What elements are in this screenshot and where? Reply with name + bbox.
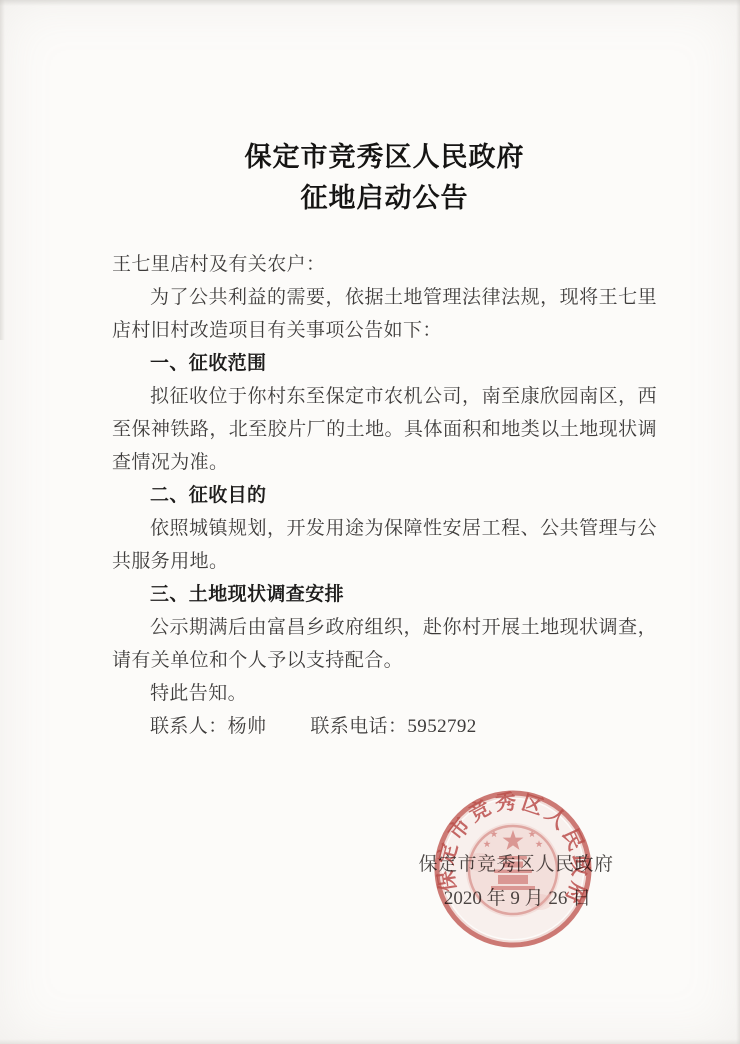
intro-paragraph: 为了公共利益的需要，依据土地管理法律法规，现将王七里店村旧村改造项目有关事项公告…: [112, 281, 657, 347]
section-body-2: 依照城镇规划，开发用途为保障性安居工程、公共管理与公共服务用地。: [112, 512, 657, 578]
page-title: 保定市竞秀区人民政府: [112, 137, 657, 178]
closing-line: 特此告知。: [112, 677, 657, 710]
contact-phone: 联系电话：5952792: [310, 716, 476, 737]
section-heading-1: 一、征收范围: [112, 347, 657, 380]
scan-artifact-bottom: [0, 1039, 740, 1044]
scan-artifact-left: [0, 0, 5, 340]
page-subtitle: 征地启动公告: [112, 178, 657, 219]
document-body: 保定市竞秀区人民政府 征地启动公告 王七里店村及有关农户： 为了公共利益的需要，…: [0, 0, 740, 743]
scan-artifact-right: [736, 0, 740, 1044]
contact-line: 联系人：杨帅联系电话：5952792: [112, 710, 657, 743]
contact-person: 联系人：杨帅: [150, 716, 266, 737]
section-body-1: 拟征收位于你村东至保定市农机公司，南至康欣园南区，西至保神铁路，北至胶片厂的土地…: [112, 380, 657, 479]
signature-issuer: 保定市竞秀区人民政府: [415, 849, 617, 876]
signature-date: 2020 年 9 月 26 日: [430, 883, 605, 910]
scan-artifact-top: [0, 0, 740, 6]
salutation: 王七里店村及有关农户：: [112, 248, 657, 281]
section-heading-2: 二、征收目的: [112, 479, 657, 512]
announcement-text: 王七里店村及有关农户： 为了公共利益的需要，依据土地管理法律法规，现将王七里店村…: [112, 248, 657, 743]
announcement-page: 保定市竞秀区人民政府 征地启动公告 王七里店村及有关农户： 为了公共利益的需要，…: [0, 0, 740, 1044]
section-heading-3: 三、土地现状调查安排: [112, 578, 657, 611]
section-body-3: 公示期满后由富昌乡政府组织，赴你村开展土地现状调查，请有关单位和个人予以支持配合…: [112, 611, 657, 677]
title-block: 保定市竞秀区人民政府 征地启动公告: [112, 137, 657, 219]
